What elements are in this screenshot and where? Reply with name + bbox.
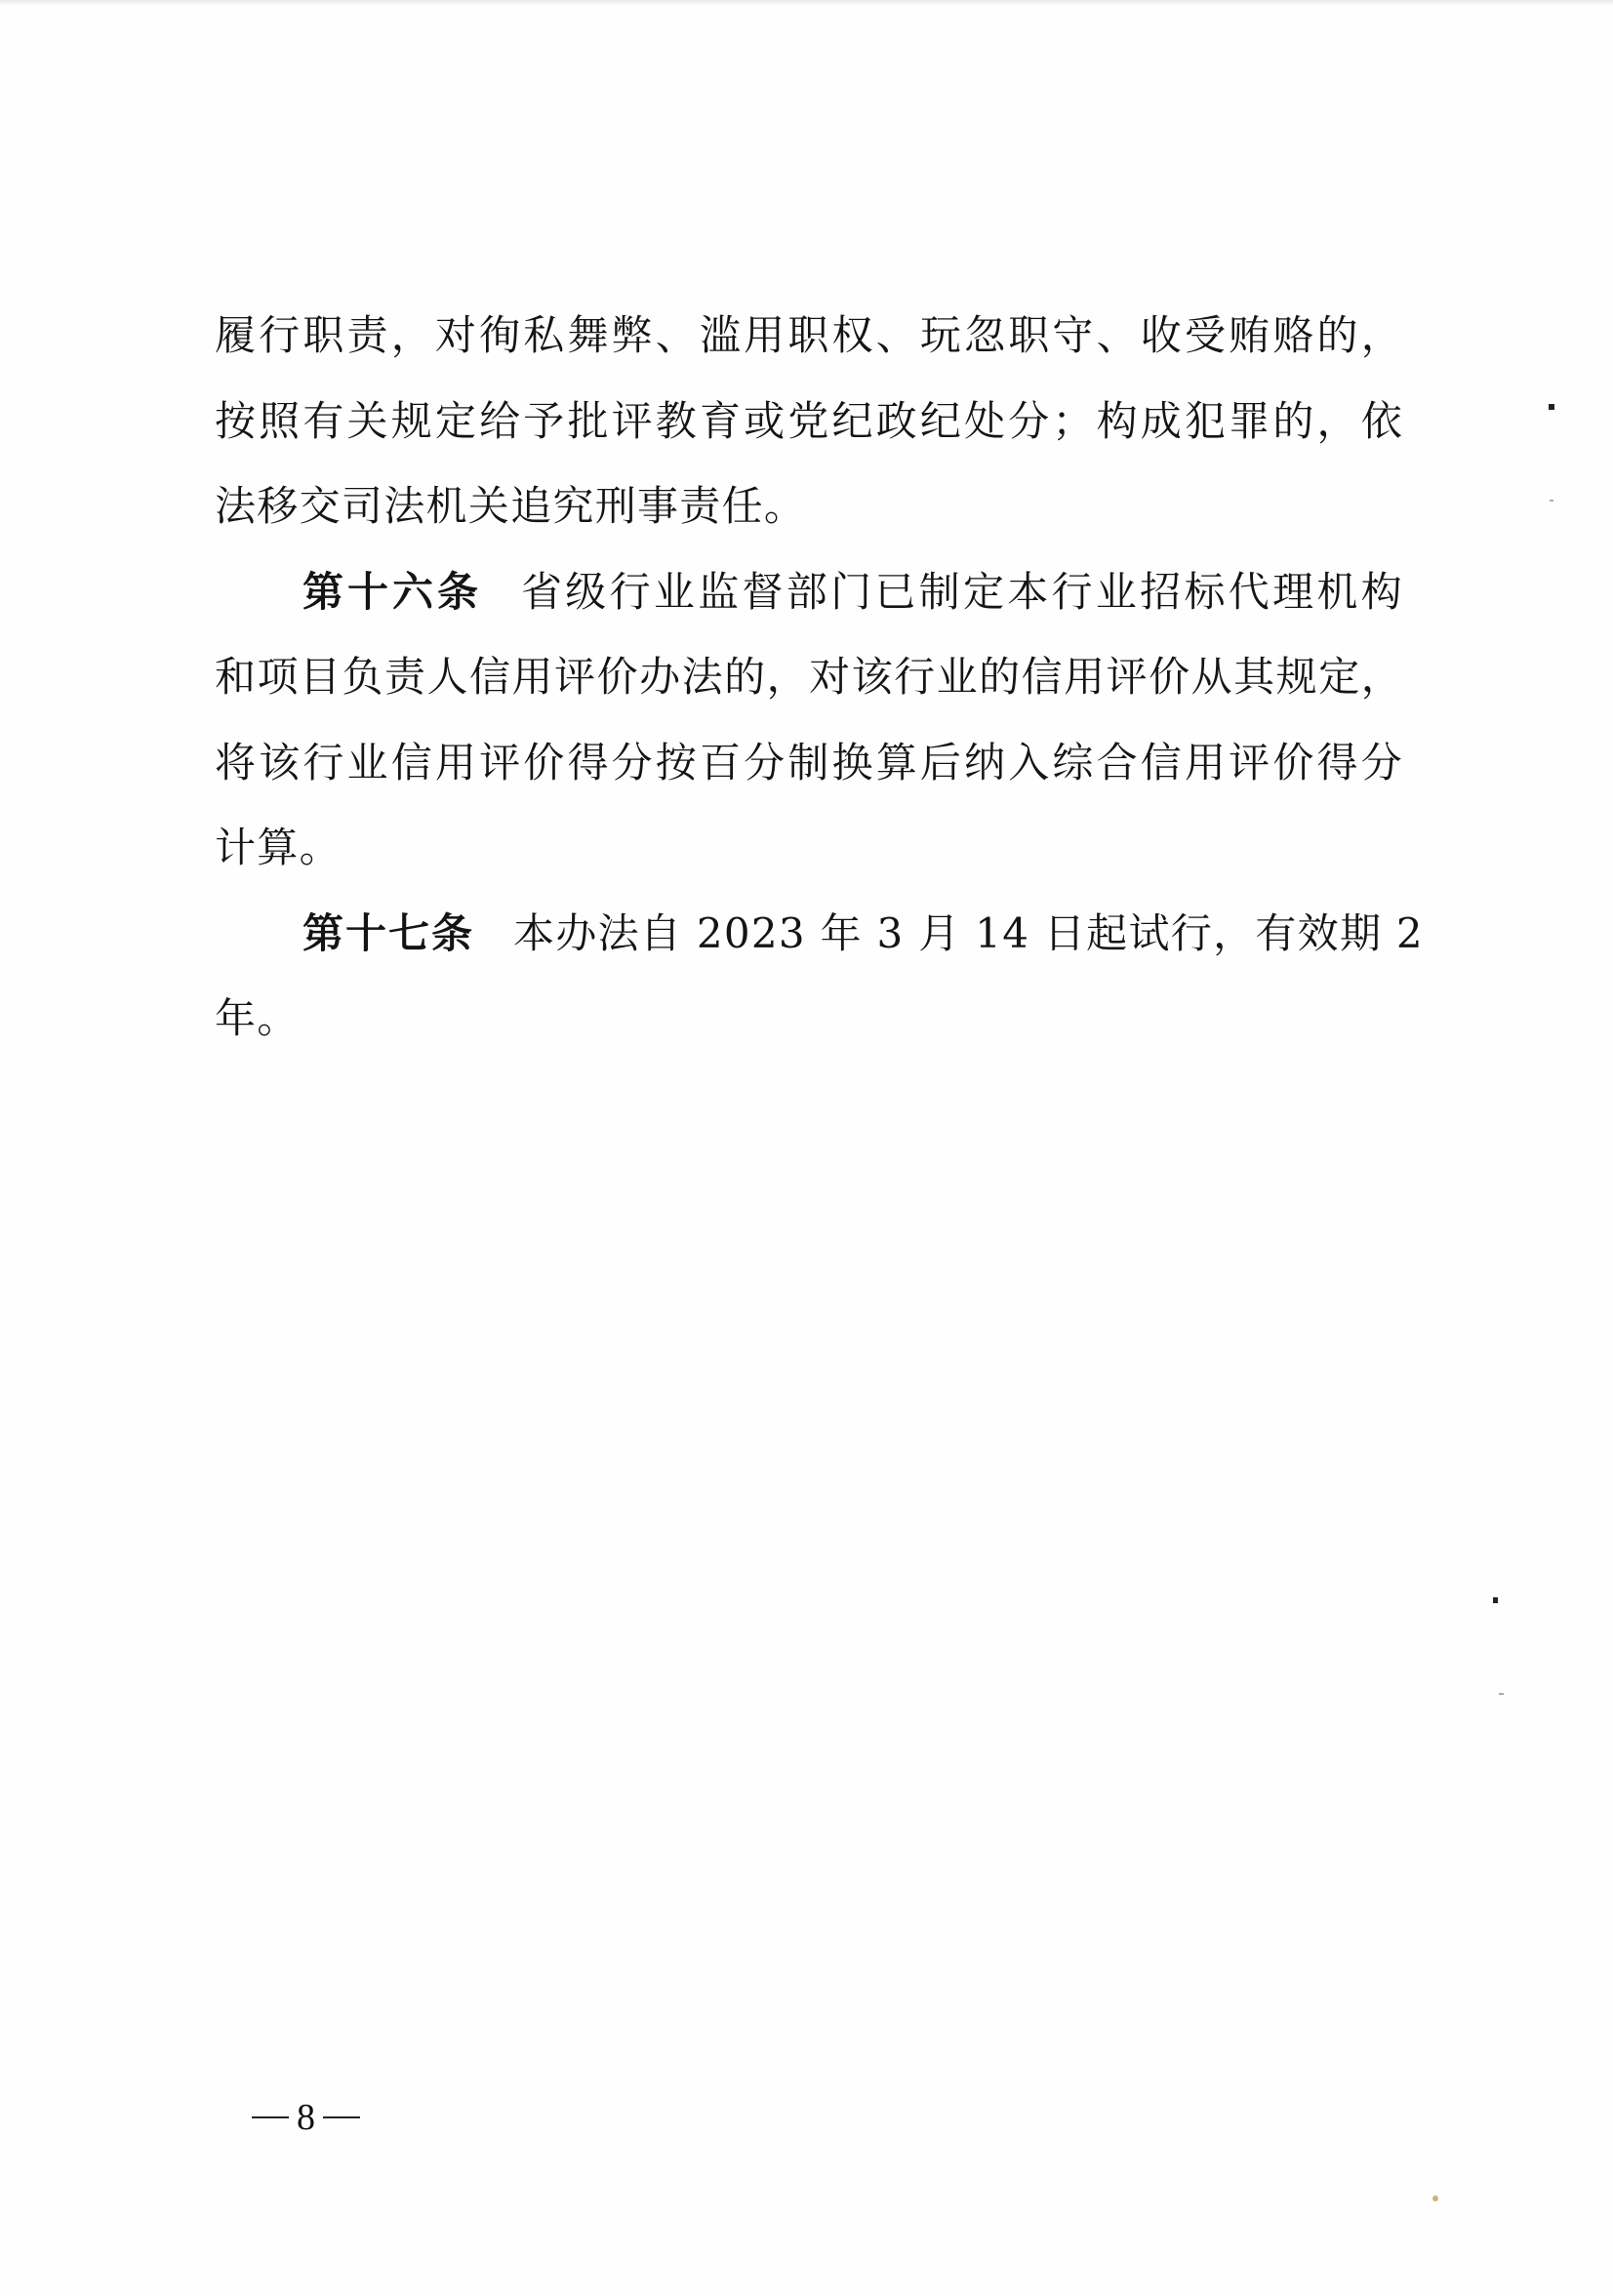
scan-top-edge xyxy=(0,0,1613,5)
article-17-first-line: 第十七条本办法自 2023 年 3 月 14 日起试行，有效期 2 xyxy=(215,891,1403,977)
scan-speck xyxy=(1499,1693,1504,1695)
article-16-heading: 第十六条 xyxy=(302,568,482,616)
article-16-line: 和项目负责人信用评价办法的，对该行业的信用评价从其规定， xyxy=(215,634,1403,720)
article-16-line: 将该行业信用评价得分按百分制换算后纳入综合信用评价得分 xyxy=(215,720,1403,806)
article-16-first-line: 第十六条省级行业监督部门已制定本行业招标代理机构 xyxy=(215,549,1403,635)
article-17-heading: 第十七条 xyxy=(302,909,474,957)
page-number-dash-left xyxy=(252,2116,289,2118)
paragraph-line: 按照有关规定给予批评教育或党纪政纪处分；构成犯罪的，依 xyxy=(215,379,1403,464)
scan-speck xyxy=(1432,2195,1438,2201)
document-body: 履行职责，对徇私舞弊、滥用职权、玩忽职守、收受贿赂的， 按照有关规定给予批评教育… xyxy=(215,293,1403,1062)
scan-speck xyxy=(1550,500,1553,502)
scan-speck xyxy=(1493,1597,1498,1603)
page-number-value: 8 xyxy=(297,2096,315,2139)
article-17-line: 年。 xyxy=(215,976,1403,1062)
scan-speck xyxy=(1549,404,1554,410)
article-16-line: 计算。 xyxy=(215,805,1403,891)
page-number: 8 xyxy=(252,2096,360,2139)
page-number-dash-right xyxy=(323,2116,360,2118)
paragraph-line: 法移交司法机关追究刑事责任。 xyxy=(215,463,1403,549)
paragraph-line: 履行职责，对徇私舞弊、滥用职权、玩忽职守、收受贿赂的， xyxy=(215,293,1403,379)
article-17-text: 本办法自 2023 年 3 月 14 日起试行，有效期 2 xyxy=(513,909,1424,957)
article-16-text: 省级行业监督部门已制定本行业招标代理机构 xyxy=(521,568,1403,616)
